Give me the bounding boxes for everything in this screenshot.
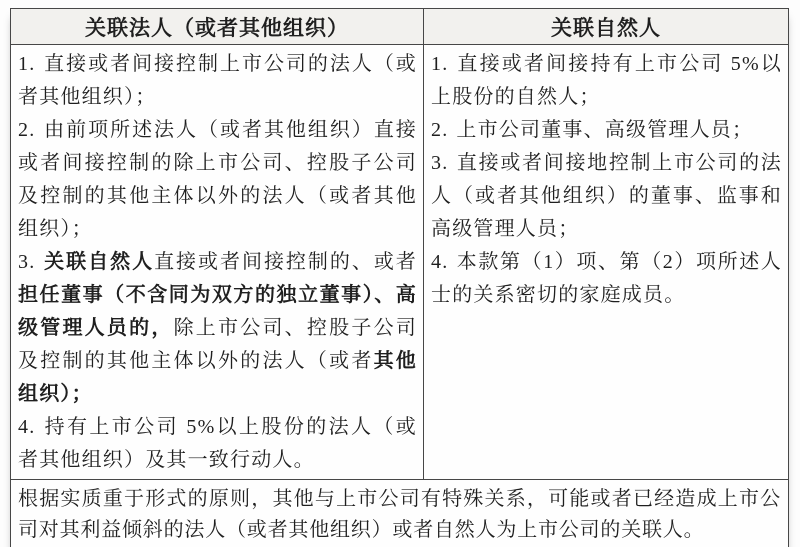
item-text: 直接或者间接持有上市公司 5%以上股份的自然人；: [431, 53, 782, 108]
legal-item-1: 1.直接或者间接控制上市公司的法人（或者其他组织）；: [18, 48, 417, 114]
item-number: 3.: [431, 152, 448, 174]
item-text-bold: 关联自然人: [43, 251, 154, 273]
item-number: 4.: [18, 416, 35, 438]
column-header-legal-entities: 关联法人（或者其他组织）: [11, 9, 424, 45]
item-number: 2.: [18, 119, 35, 141]
footer-note-cell: 根据实质重于形式的原则，其他与上市公司有特殊关系，可能或者已经造成上市公司对其利…: [11, 480, 789, 547]
legal-item-4: 4.持有上市公司 5%以上股份的法人（或者其他组织）及其一致行动人。: [18, 411, 417, 477]
table-header-row: 关联法人（或者其他组织） 关联自然人: [11, 9, 789, 45]
related-party-table: 关联法人（或者其他组织） 关联自然人 1.直接或者间接控制上市公司的法人（或者其…: [10, 8, 789, 547]
document-page: 关联法人（或者其他组织） 关联自然人 1.直接或者间接控制上市公司的法人（或者其…: [0, 0, 800, 547]
natural-persons-cell: 1.直接或者间接持有上市公司 5%以上股份的自然人； 2.上市公司董事、高级管理…: [424, 45, 789, 480]
legal-item-2: 2.由前项所述法人（或者其他组织）直接或者间接控制的除上市公司、控股子公司及控制…: [18, 114, 417, 246]
item-text: 持有上市公司 5%以上股份的法人（或者其他组织）及其一致行动人。: [18, 416, 417, 471]
item-text: 上市公司董事、高级管理人员；: [456, 119, 753, 141]
item-number: 1.: [431, 53, 448, 75]
item-number: 3.: [18, 251, 35, 273]
item-number: 1.: [18, 53, 35, 75]
table-body-row: 1.直接或者间接控制上市公司的法人（或者其他组织）； 2.由前项所述法人（或者其…: [11, 45, 789, 480]
column-header-natural-persons: 关联自然人: [424, 9, 789, 45]
item-text: 直接或者间接控制的、或者: [154, 251, 417, 273]
item-text: 本款第（1）项、第（2）项所述人士的关系密切的家庭成员。: [431, 251, 782, 306]
natural-item-4: 4.本款第（1）项、第（2）项所述人士的关系密切的家庭成员。: [431, 246, 782, 312]
natural-item-3: 3.直接或者间接地控制上市公司的法人（或者其他组织）的董事、监事和高级管理人员；: [431, 147, 782, 246]
legal-entities-cell: 1.直接或者间接控制上市公司的法人（或者其他组织）； 2.由前项所述法人（或者其…: [11, 45, 424, 480]
item-number: 4.: [431, 251, 448, 273]
item-text: 由前项所述法人（或者其他组织）直接或者间接控制的除上市公司、控股子公司及控制的其…: [18, 119, 417, 240]
item-text: 直接或者间接地控制上市公司的法人（或者其他组织）的董事、监事和高级管理人员；: [431, 152, 782, 240]
footer-note-text: 根据实质重于形式的原则，其他与上市公司有特殊关系，可能或者已经造成上市公司对其利…: [18, 484, 781, 546]
item-text: 直接或者间接控制上市公司的法人（或者其他组织）；: [18, 53, 417, 108]
legal-item-3: 3.关联自然人直接或者间接控制的、或者担任董事（不含同为双方的独立董事）、高级管…: [18, 246, 417, 411]
item-number: 2.: [431, 119, 448, 141]
natural-item-2: 2.上市公司董事、高级管理人员；: [431, 114, 782, 147]
natural-item-1: 1.直接或者间接持有上市公司 5%以上股份的自然人；: [431, 48, 782, 114]
table-footer-row: 根据实质重于形式的原则，其他与上市公司有特殊关系，可能或者已经造成上市公司对其利…: [11, 480, 789, 547]
